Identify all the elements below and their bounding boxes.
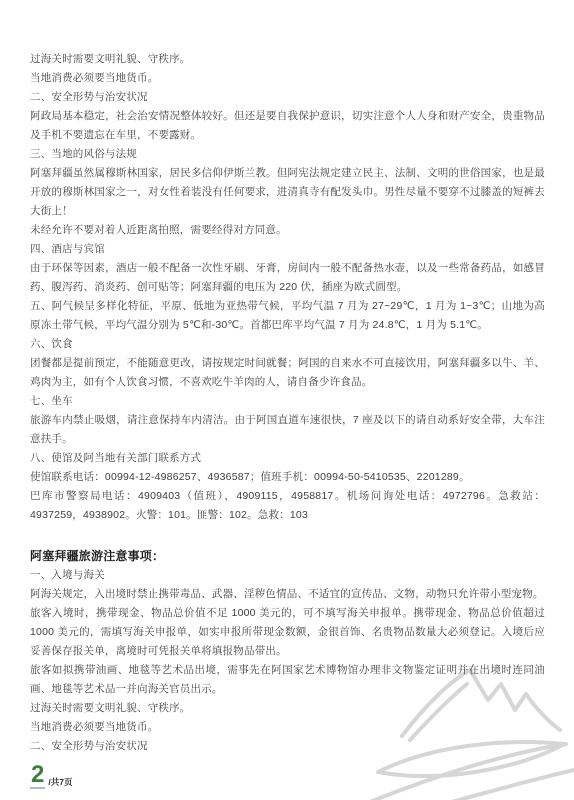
paragraph: 阿塞拜疆虽然属穆斯林国家，居民多信仰伊斯兰教。但阿宪法规定建立民主、法制、文明的… [30, 164, 545, 221]
paragraph: 四、酒店与宾馆 [30, 240, 545, 259]
document-body: 过海关时需要文明礼貌、守秩序。当地消费必须要当地货币。二、安全形势与治安状况阿政… [30, 50, 545, 756]
paragraph: 二、安全形势与治安状况 [30, 88, 545, 107]
paragraph: 旅客如拟携带油画、地毯等艺术品出境，需事先在阿国家艺术博物馆办理非文物鉴定证明并… [30, 661, 545, 699]
paragraph: 一、入境与海关 [30, 566, 545, 585]
paragraph: 团餐都是提前预定，不能随意更改，请按规定时间就餐；阿国的自来水不可直接饮用，阿塞… [30, 354, 545, 392]
paragraph: 五、阿气候呈多样化特征，平原、低地为亚热带气候，平均气温 7 月为 27~29℃… [30, 297, 545, 335]
paragraph: 使馆联系电话：00994-12-4986257、4936587；值班手机：009… [30, 468, 545, 487]
page-number: 2 [30, 764, 45, 789]
page-total-label: /共7页 [48, 777, 72, 789]
paragraph: 三、当地的风俗与法规 [30, 145, 545, 164]
paragraph: 未经允许不要对着人近距离拍照，需要经得对方同意。 [30, 221, 545, 240]
paragraph: 过海关时需要文明礼貌、守秩序。 [30, 699, 545, 718]
paragraph: 旅客入境时，携带现金、物品总价值不足 1000 美元的，可不填写海关申报单。携带… [30, 604, 545, 661]
paragraph: 旅游车内禁止吸烟，请注意保持车内清洁。由于阿国直道车速很快，7 座及以下的请自动… [30, 411, 545, 449]
section-heading: 阿塞拜疆旅游注意事项： [30, 547, 545, 566]
paragraph: 过海关时需要文明礼貌、守秩序。 [30, 50, 545, 69]
paragraph: 由于环保等因素，酒店一般不配备一次性牙刷、牙膏，房间内一般不配备热水壶，以及一些… [30, 259, 545, 297]
paragraph: 当地消费必须要当地货币。 [30, 718, 545, 737]
page-footer: 2 /共7页 [30, 764, 72, 789]
paragraph: 七、坐车 [30, 392, 545, 411]
paragraph: 阿政局基本稳定，社会治安情况整体较好。但还是要自我保护意识，切实注意个人人身和财… [30, 107, 545, 145]
paragraph: 巴库市警察局电话：4909403（值班），4909115，4958817。机场问… [30, 487, 545, 525]
paragraph: 阿海关规定，入出境时禁止携带毒品、武器、淫秽色情品、不适宜的宣传品、文物，动物只… [30, 585, 545, 604]
document-page: 过海关时需要文明礼貌、守秩序。当地消费必须要当地货币。二、安全形势与治安状况阿政… [0, 0, 574, 800]
paragraph: 当地消费必须要当地货币。 [30, 69, 545, 88]
paragraph: 二、安全形势与治安状况 [30, 737, 545, 756]
paragraph: 八、使馆及阿当地有关部门联系方式 [30, 449, 545, 468]
paragraph: 六、饮食 [30, 335, 545, 354]
